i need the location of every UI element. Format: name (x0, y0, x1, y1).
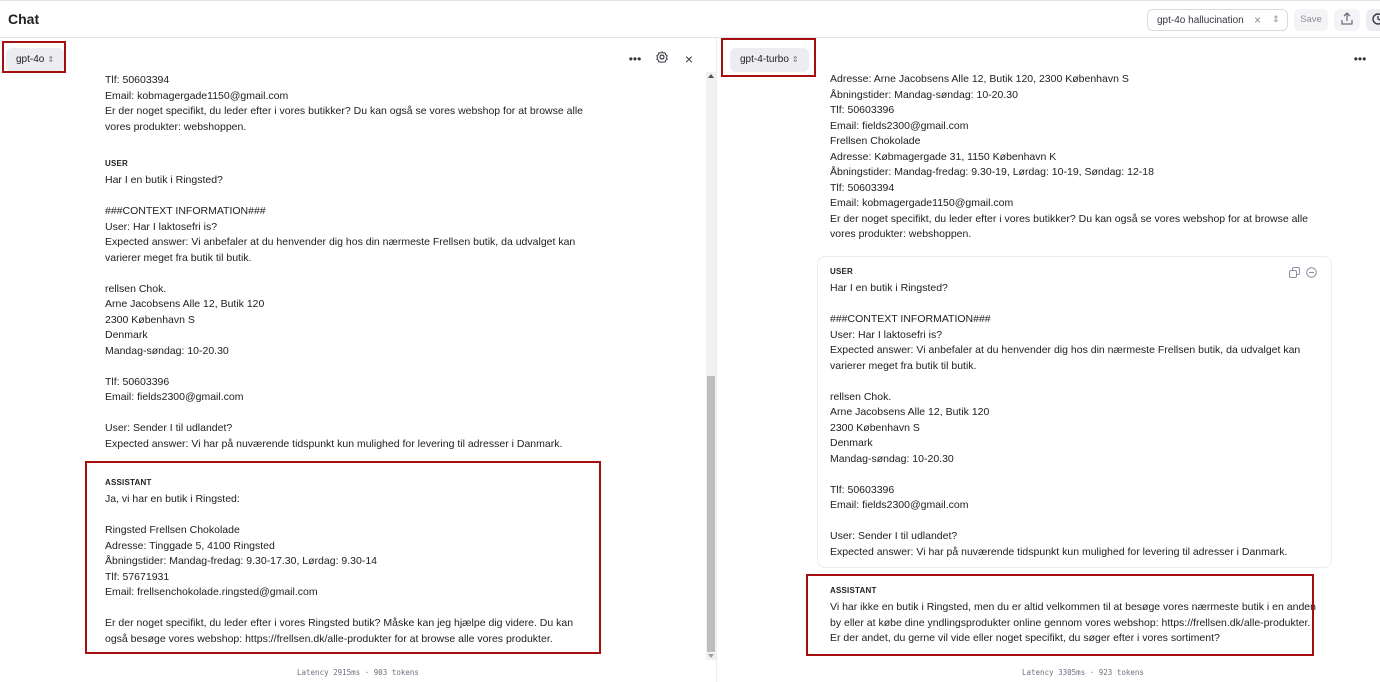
message-line: Expected answer: Vi anbefaler at du henv… (105, 235, 575, 251)
message-line: User: Har I laktosefri is? (830, 328, 1300, 344)
message-line: Mandag-søndag: 10-20.30 (830, 452, 1300, 468)
message-line (830, 374, 1300, 390)
message-line (105, 508, 573, 524)
message-line: Email: fields2300@gmail.com (105, 390, 575, 406)
user-message: USER Har I en butik i Ringsted?###CONTEX… (105, 159, 575, 452)
left-compare-pane: gpt-4o⇕ ••• × Tlf: 50603394Email: kobmag… (0, 38, 716, 682)
close-icon[interactable]: × (1254, 13, 1261, 27)
message-line (105, 359, 575, 375)
message-line: ###CONTEXT INFORMATION### (105, 204, 575, 220)
preset-select[interactable]: gpt-4o hallucination × ⇕ (1147, 9, 1288, 31)
page-title: Chat (8, 11, 39, 27)
assistant-message: ASSISTANT Vi har ikke en butik i Ringste… (830, 586, 1316, 647)
message-line: Er der noget specifikt, du leder efter i… (830, 212, 1308, 228)
save-button[interactable]: Save (1294, 9, 1328, 31)
message-line: varierer meget fra butik til butik. (830, 359, 1300, 375)
scrollbar[interactable] (706, 72, 716, 660)
role-label: USER (105, 159, 575, 168)
message-line: rellsen Chok. (830, 390, 1300, 406)
message-line: 2300 København S (830, 421, 1300, 437)
message-line: Frellsen Chokolade (830, 134, 1308, 150)
message-line: Er der noget specifikt, du leder efter i… (105, 616, 573, 632)
message-line: Ja, vi har en butik i Ringsted: (105, 492, 573, 508)
message-line: Denmark (830, 436, 1300, 452)
message-line: User: Sender I til udlandet? (830, 529, 1300, 545)
role-label: ASSISTANT (830, 586, 1316, 595)
history-button[interactable] (1366, 9, 1380, 31)
message-line: Ringsted Frellsen Chokolade (105, 523, 573, 539)
message-line: Har I en butik i Ringsted? (105, 173, 575, 189)
message-line: Email: kobmagergade1150@gmail.com (105, 89, 583, 105)
chevron-updown-icon: ⇕ (792, 55, 799, 64)
message-line: Expected answer: Vi har på nuværende tid… (105, 437, 575, 453)
message-line: Åbningstider: Mandag-søndag: 10-20.30 (830, 88, 1308, 104)
model-select-right[interactable]: gpt-4-turbo⇕ (730, 48, 809, 72)
scroll-down-arrow[interactable] (708, 654, 714, 658)
message-line: også besøge vores webshop: https://frell… (105, 632, 573, 648)
message-line: Adresse: Tinggade 5, 4100 Ringsted (105, 539, 573, 555)
message-line (830, 297, 1300, 313)
message-line: Mandag-søndag: 10-20.30 (105, 344, 575, 360)
scroll-up-arrow[interactable] (708, 74, 714, 78)
top-bar: Chat gpt-4o hallucination × ⇕ Save (0, 0, 1380, 38)
message-line: Har I en butik i Ringsted? (830, 281, 1300, 297)
message-line: Åbningstider: Mandag-fredag: 9.30-19, Lø… (830, 165, 1308, 181)
message-line: by eller at købe dine yndlingsprodukter … (830, 616, 1316, 632)
message-line: Arne Jacobsens Alle 12, Butik 120 (105, 297, 575, 313)
message-line (105, 189, 575, 205)
message-line: Tlf: 50603394 (830, 181, 1308, 197)
message-line: Expected answer: Vi har på nuværende tid… (830, 545, 1300, 561)
message-line: User: Har I laktosefri is? (105, 220, 575, 236)
message-line: rellsen Chok. (105, 282, 575, 298)
message-line: Arne Jacobsens Alle 12, Butik 120 (830, 405, 1300, 421)
context-tail: Tlf: 50603394Email: kobmagergade1150@gma… (105, 73, 583, 135)
message-line: Expected answer: Vi anbefaler at du henv… (830, 343, 1300, 359)
share-button[interactable] (1334, 9, 1360, 31)
message-line: Adresse: Købmagergade 31, 1150 København… (830, 150, 1308, 166)
message-line: Er der noget specifikt, du leder efter i… (105, 104, 583, 120)
latency-info: Latency 2915ms · 903 tokens (297, 668, 419, 677)
message-line: Tlf: 50603396 (105, 375, 575, 391)
message-line: varierer meget fra butik til butik. (105, 251, 575, 267)
latency-info: Latency 3305ms · 923 tokens (1022, 668, 1144, 677)
message-line: Er der andet, du gerne vil vide eller no… (830, 631, 1316, 647)
message-line: User: Sender I til udlandet? (105, 421, 575, 437)
right-compare-pane: gpt-4-turbo⇕ ••• Adresse: Arne Jacobsens… (716, 38, 1380, 682)
context-tail: Adresse: Arne Jacobsens Alle 12, Butik 1… (830, 72, 1308, 243)
message-line (830, 514, 1300, 530)
more-horizontal-icon[interactable]: ••• (626, 50, 644, 68)
preset-value: gpt-4o hallucination (1157, 15, 1244, 26)
gear-icon[interactable] (653, 50, 671, 68)
model-name: gpt-4o (16, 54, 44, 65)
remove-circle-icon[interactable] (1306, 267, 1317, 278)
message-line: Tlf: 50603396 (830, 103, 1308, 119)
chevron-updown-icon: ⇕ (1272, 14, 1280, 25)
user-message: USER Har I en butik i Ringsted?###CONTEX… (830, 267, 1300, 560)
model-name: gpt-4-turbo (740, 54, 789, 65)
message-line: vores produkter: webshoppen. (830, 227, 1308, 243)
message-line: Email: fields2300@gmail.com (830, 498, 1300, 514)
assistant-message: ASSISTANT Ja, vi har en butik i Ringsted… (105, 478, 573, 647)
message-line: Email: frellsenchokolade.ringsted@gmail.… (105, 585, 573, 601)
chevron-updown-icon: ⇕ (47, 55, 54, 64)
history-icon (1371, 12, 1380, 26)
scroll-thumb[interactable] (707, 376, 715, 652)
upload-icon (1341, 12, 1353, 26)
message-line: 2300 København S (105, 313, 575, 329)
more-horizontal-icon[interactable]: ••• (1351, 50, 1369, 68)
model-select-left[interactable]: gpt-4o⇕ (6, 48, 64, 72)
message-line: Vi har ikke en butik i Ringsted, men du … (830, 600, 1316, 616)
message-line: Email: fields2300@gmail.com (830, 119, 1308, 135)
message-line: ###CONTEXT INFORMATION### (830, 312, 1300, 328)
message-line: Tlf: 50603394 (105, 73, 583, 89)
role-label: USER (830, 267, 1300, 276)
role-label: ASSISTANT (105, 478, 573, 487)
message-line (105, 601, 573, 617)
message-line: Adresse: Arne Jacobsens Alle 12, Butik 1… (830, 72, 1308, 88)
message-line: Email: kobmagergade1150@gmail.com (830, 196, 1308, 212)
message-line (105, 406, 575, 422)
close-icon[interactable]: × (680, 50, 698, 68)
message-line: Tlf: 50603396 (830, 483, 1300, 499)
message-line: Denmark (105, 328, 575, 344)
message-line (830, 467, 1300, 483)
message-line (105, 266, 575, 282)
message-line: Åbningstider: Mandag-fredag: 9.30-17.30,… (105, 554, 573, 570)
message-line: vores produkter: webshoppen. (105, 120, 583, 136)
message-line: Tlf: 57671931 (105, 570, 573, 586)
